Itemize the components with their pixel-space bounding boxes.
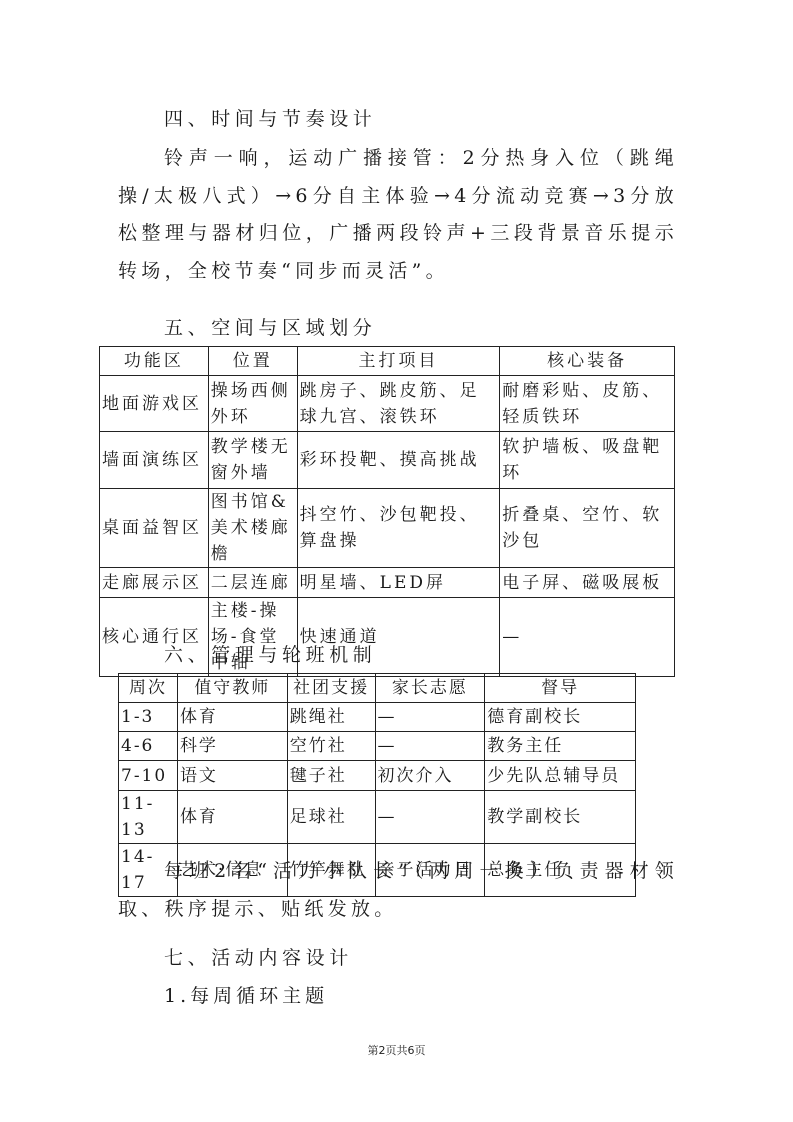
table-cell: 明星墙、LED屏 [297,568,500,598]
table-cell: 4-6 [119,732,178,761]
table-row: 墙面演练区 教学楼无窗外墙 彩环投靶、摸高挑战 软护墙板、吸盘靶环 [100,432,675,489]
table-cell: 耐磨彩贴、皮筋、轻质铁环 [500,376,675,432]
section-heading-management: 六、管理与轮班机制 [164,640,376,667]
table-cell: — [375,791,485,844]
table-cell: 走廊展示区 [100,568,209,598]
section-heading-time-rhythm: 四、时间与节奏设计 [164,104,376,131]
header-cell: 主打项目 [297,347,500,376]
table-cell: 语文 [177,761,287,791]
table-cell: 11-13 [119,791,178,844]
table-cell: 足球社 [287,791,375,844]
table-cell: 二层连廊 [208,568,297,598]
table-cell: 科学 [177,732,287,761]
header-cell: 功能区 [100,347,209,376]
table-row: 1-3 体育 跳绳社 — 德育副校长 [119,703,636,732]
table-cell: 7-10 [119,761,178,791]
table-row: 桌面益智区 图书馆&美术楼廊檐 抖空竹、沙包靶投、算盘操 折叠桌、空竹、软沙包 [100,489,675,568]
section-heading-space-zones: 五、空间与区域划分 [164,313,376,340]
section-heading-activities: 七、活动内容设计 [164,943,353,970]
table-cell: 1-3 [119,703,178,732]
rotation-table-header: 周次 值守教师 社团支援 家长志愿 督导 [119,674,636,703]
table-row: 7-10 语文 毽子社 初次介入 少先队总辅导员 [119,761,636,791]
table-cell: 折叠桌、空竹、软沙包 [500,489,675,568]
table-cell: 少先队总辅导员 [485,761,636,791]
table-cell: 初次介入 [375,761,485,791]
table-cell: 软护墙板、吸盘靶环 [500,432,675,489]
table-cell: 跳房子、跳皮筋、足球九宫、滚铁环 [297,376,500,432]
table-cell: 体育 [177,703,287,732]
table-cell: 电子屏、磁吸展板 [500,568,675,598]
table-row: 地面游戏区 操场西侧外环 跳房子、跳皮筋、足球九宫、滚铁环 耐磨彩贴、皮筋、轻质… [100,376,675,432]
header-cell: 位置 [208,347,297,376]
subheading-weekly-themes: 1.每周循环主题 [164,981,328,1008]
table-cell: 毽子社 [287,761,375,791]
header-cell: 家长志愿 [375,674,485,703]
paragraph-team-leaders: 每班2名“活力小队长”（两周一换）负责器材领取、秩序提示、贴纸发放。 [118,853,678,928]
table-row: 11-13 体育 足球社 — 教学副校长 [119,791,636,844]
table-cell: 教学楼无窗外墙 [208,432,297,489]
header-cell: 周次 [119,674,178,703]
header-cell: 值守教师 [177,674,287,703]
table-cell: 抖空竹、沙包靶投、算盘操 [297,489,500,568]
table-cell: — [375,732,485,761]
table-cell: 教务主任 [485,732,636,761]
zones-table: 功能区 位置 主打项目 核心装备 地面游戏区 操场西侧外环 跳房子、跳皮筋、足球… [99,346,675,677]
header-cell: 核心装备 [500,347,675,376]
page-number: 第2页共6页 [0,1042,793,1058]
table-cell: 操场西侧外环 [208,376,297,432]
header-cell: 督导 [485,674,636,703]
table-cell: 彩环投靶、摸高挑战 [297,432,500,489]
table-cell: 桌面益智区 [100,489,209,568]
table-cell: 体育 [177,791,287,844]
table-cell: 墙面演练区 [100,432,209,489]
paragraph-time-rhythm: 铃声一响，运动广播接管：2分热身入位（跳绳操/太极八式）→6分自主体验→4分流动… [118,140,678,290]
table-cell: 教学副校长 [485,791,636,844]
table-cell: 跳绳社 [287,703,375,732]
table-row: 4-6 科学 空竹社 — 教务主任 [119,732,636,761]
zones-table-header: 功能区 位置 主打项目 核心装备 [100,347,675,376]
header-cell: 社团支援 [287,674,375,703]
table-cell: 德育副校长 [485,703,636,732]
table-row: 走廊展示区 二层连廊 明星墙、LED屏 电子屏、磁吸展板 [100,568,675,598]
table-cell: 图书馆&美术楼廊檐 [208,489,297,568]
table-cell: — [500,598,675,677]
table-cell: — [375,703,485,732]
table-cell: 地面游戏区 [100,376,209,432]
table-cell: 空竹社 [287,732,375,761]
